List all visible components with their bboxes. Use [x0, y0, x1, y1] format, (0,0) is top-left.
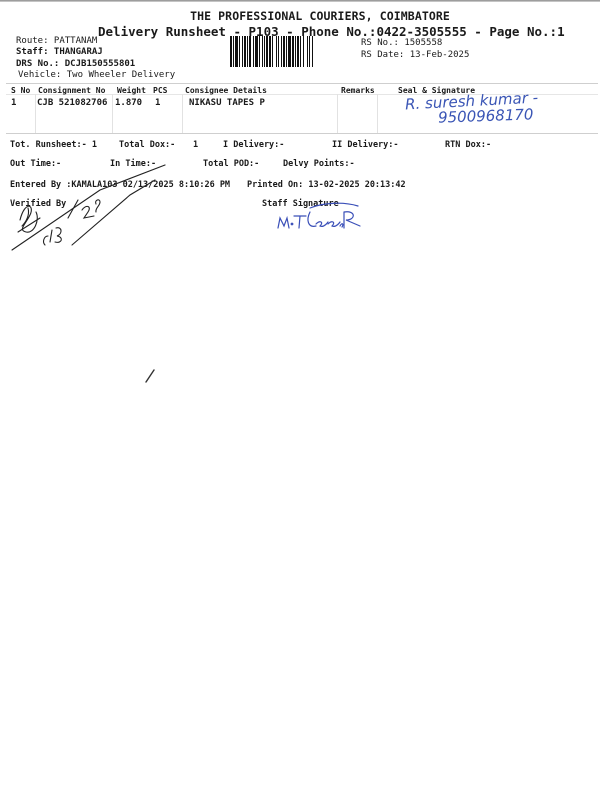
first-delivery: I Delivery:-	[223, 140, 284, 150]
rs-number: RS No.: 1505558	[361, 38, 442, 48]
column-header-consignee: Consignee Details	[185, 86, 267, 95]
cell-pcs: 1	[155, 98, 160, 108]
column-header-weight: Weight	[117, 86, 146, 95]
cell-consignment-no: CJB 521082706	[37, 98, 107, 108]
rs-date: RS Date: 13-Feb-2025	[361, 50, 469, 60]
column-header-consignment: Consignment No	[38, 86, 105, 95]
column-header-pcs: PCS	[153, 86, 167, 95]
barcode	[230, 36, 350, 67]
staff-signature-icon	[270, 200, 380, 240]
total-dox-label: Total Dox:-	[119, 140, 175, 150]
drs-number: DRS No.: DCJB150555801	[16, 59, 135, 69]
staff-label: Staff: THANGARAJ	[16, 47, 103, 57]
table-top-border	[6, 83, 598, 84]
pen-mark-icon	[143, 367, 157, 385]
total-pod: Total POD:-	[203, 159, 259, 169]
company-title: THE PROFESSIONAL COURIERS, COIMBATORE	[0, 9, 600, 23]
total-runsheet: Tot. Runsheet:- 1	[10, 140, 97, 150]
vehicle-label: Vehicle: Two Wheeler Delivery	[18, 70, 175, 80]
column-divider	[377, 94, 378, 133]
column-divider	[112, 94, 113, 133]
column-divider	[35, 94, 36, 133]
cell-consignee: NIKASU TAPES P	[189, 98, 265, 108]
route-label: Route: PATTANAM	[16, 36, 97, 46]
column-divider	[182, 94, 183, 133]
column-divider	[337, 94, 338, 133]
printed-on: Printed On: 13-02-2025 20:13:42	[247, 180, 406, 190]
cell-sno: 1	[11, 98, 16, 108]
return-dox: RTN Dox:-	[445, 140, 491, 150]
cell-weight: 1.870	[115, 98, 142, 108]
column-header-remarks: Remarks	[341, 86, 375, 95]
column-header-sno: S No	[11, 86, 30, 95]
scan-edge	[0, 0, 600, 2]
verifier-signature-icon	[0, 160, 200, 270]
delivery-points: Delvy Points:-	[283, 159, 355, 169]
handwritten-receiver-phone: 9500968170	[438, 105, 534, 126]
table-bottom-border	[6, 133, 598, 134]
second-delivery: II Delivery:-	[332, 140, 399, 150]
total-dox-value: 1	[193, 140, 198, 150]
